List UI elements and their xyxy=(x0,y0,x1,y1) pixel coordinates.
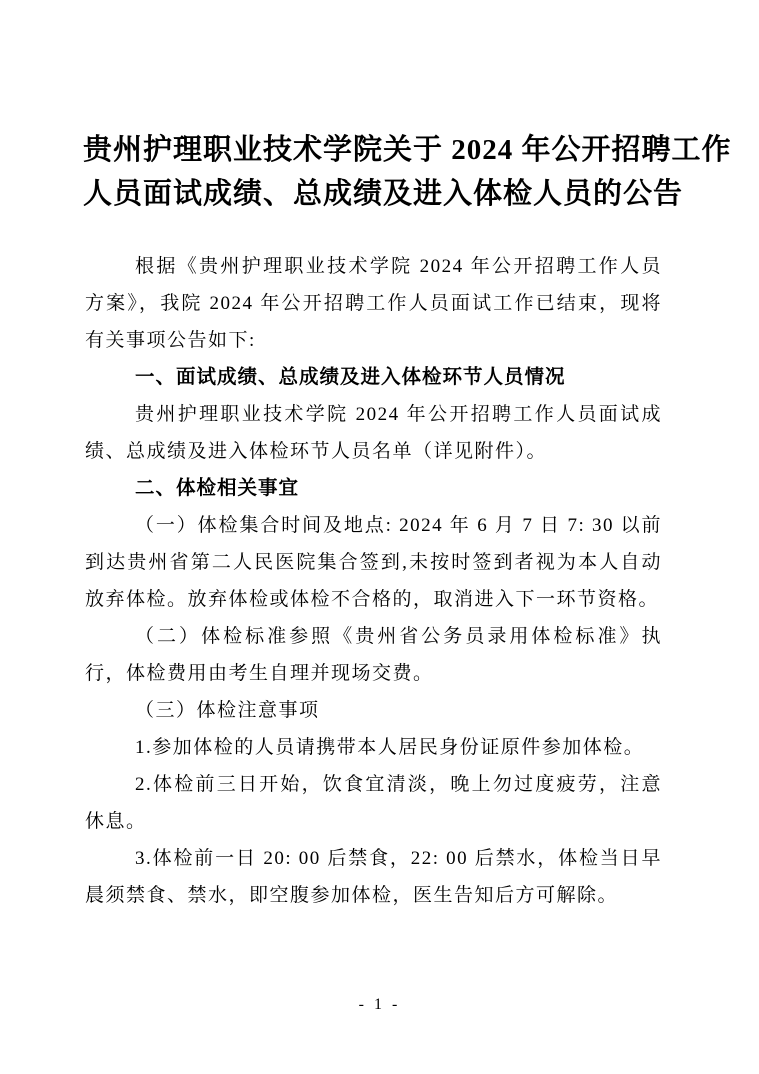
section-2-item-3-heading: （三）体检注意事项 xyxy=(85,692,662,729)
title-line-2: 人员面试成绩、总成绩及进入体检人员的公告 xyxy=(83,172,665,216)
section-2-item-1: （一）体检集合时间及地点: 2024 年 6 月 7 日 7: 30 以前到达贵… xyxy=(85,507,662,618)
title-line-1: 贵州护理职业技术学院关于 2024 年公开招聘工作 xyxy=(83,128,665,172)
section-1-paragraph: 贵州护理职业技术学院 2024 年公开招聘工作人员面试成绩、总成绩及进入体检环节… xyxy=(85,396,662,470)
document-page: 贵州护理职业技术学院关于 2024 年公开招聘工作 人员面试成绩、总成绩及进入体… xyxy=(0,0,759,1074)
document-body: 根据《贵州护理职业技术学院 2024 年公开招聘工作人员方案》，我院 2024 … xyxy=(85,248,662,914)
note-item-2: 2.体检前三日开始，饮食宜清淡，晚上勿过度疲劳，注意休息。 xyxy=(85,766,662,840)
section-2-heading: 二、体检相关事宜 xyxy=(85,470,662,507)
page-footer: - 1 - xyxy=(0,996,759,1014)
section-2-item-2: （二）体检标准参照《贵州省公务员录用体检标准》执行，体检费用由考生自理并现场交费… xyxy=(85,618,662,692)
page-number: - 1 - xyxy=(359,996,401,1013)
intro-paragraph: 根据《贵州护理职业技术学院 2024 年公开招聘工作人员方案》，我院 2024 … xyxy=(85,248,662,359)
document-title: 贵州护理职业技术学院关于 2024 年公开招聘工作 人员面试成绩、总成绩及进入体… xyxy=(83,128,665,216)
note-item-3: 3.体检前一日 20: 00 后禁食，22: 00 后禁水，体检当日早晨须禁食、… xyxy=(85,840,662,914)
note-item-1: 1.参加体检的人员请携带本人居民身份证原件参加体检。 xyxy=(85,729,662,766)
section-1-heading: 一、面试成绩、总成绩及进入体检环节人员情况 xyxy=(85,359,662,396)
